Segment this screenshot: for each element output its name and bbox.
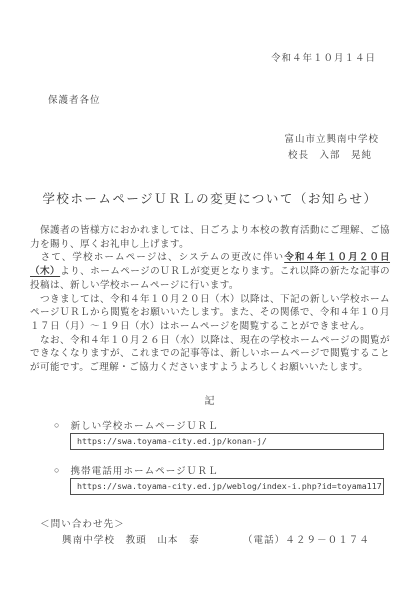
new-homepage-url: https://swa.toyama-city.ed.jp/konan-j/ [70, 433, 384, 450]
contact-section-heading: ＜問い合わせ先＞ [40, 516, 125, 530]
contact-info-line: 興南中学校 教頭 山本 泰 （電話）４２９－０１７４ [62, 532, 370, 546]
ki-section-heading: 記 [0, 392, 420, 407]
p2-lead: さて、学校ホームページは、システムの更改に伴い [30, 252, 284, 263]
circle-bullet-icon: ○ [54, 465, 60, 475]
mobile-url-label: 携帯電話用ホームページＵＲＬ [70, 463, 218, 477]
contact-person: 興南中学校 教頭 山本 泰 [62, 532, 200, 546]
p2-rest: より、ホームページのＵＲＬが変更となります。これ以降の新たな記事の投稿は、新しい… [30, 266, 390, 291]
notice-document-page: 令和４年１０月１４日 保護者各位 富山市立興南中学校 校長 入部 晃純 学校ホー… [0, 0, 420, 594]
paragraph-old-site-closure: なお、令和４年１０月２６日（水）以降は、現在の学校ホームページの閲覧ができなくな… [30, 334, 390, 375]
mobile-homepage-url: https://swa.toyama-city.ed.jp/weblog/ind… [70, 478, 384, 495]
document-title: 学校ホームページＵＲＬの変更について（お知らせ） [0, 189, 420, 207]
principal-name: 校長 入部 晃純 [288, 147, 372, 161]
contact-phone-number: （電話）４２９－０１７４ [243, 532, 370, 546]
body-text: 保護者の皆様方におかれましては、日ごろより本校の教育活動にご理解、ご協力を賜り、… [30, 224, 390, 375]
paragraph-change-notice: さて、学校ホームページは、システムの更改に伴い令和４年１０月２０日（木）より、ホ… [30, 251, 390, 292]
school-name: 富山市立興南中学校 [284, 131, 379, 145]
mobile-url-item: ○ 携帯電話用ホームページＵＲＬ [54, 463, 219, 477]
circle-bullet-icon: ○ [54, 420, 60, 430]
document-date: 令和４年１０月１４日 [271, 50, 376, 64]
paragraph-viewing-request: つきましては、令和４年１０月２０日（木）以降は、下記の新しい学校ホームページＵＲ… [30, 293, 390, 334]
recipient-line: 保護者各位 [48, 92, 101, 106]
new-url-item: ○ 新しい学校ホームページＵＲＬ [54, 418, 219, 432]
paragraph-greeting: 保護者の皆様方におかれましては、日ごろより本校の教育活動にご理解、ご協力を賜り、… [30, 224, 390, 251]
new-url-label: 新しい学校ホームページＵＲＬ [70, 418, 218, 432]
